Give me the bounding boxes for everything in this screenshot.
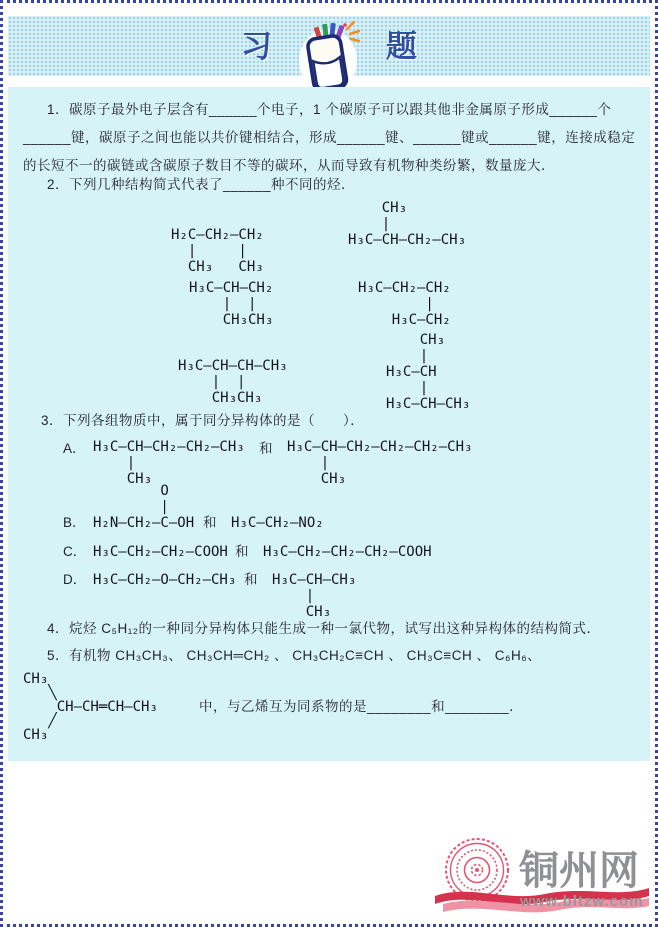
question-2: 2．下列几种结构简式代表了______种不同的烃．	[47, 175, 355, 195]
header-banner: 习	[8, 16, 650, 76]
structure-q2-1: H₂C—CH₂—CH₂ | | CH₃ CH₃	[171, 227, 264, 275]
option-c-and: 和	[235, 544, 249, 560]
structure-q2-5: H₃C—CH—CH—CH₃ | | CH₃CH₃	[178, 358, 288, 406]
worksheet-page: 习	[0, 0, 658, 927]
structure-q2-3: H₃C—CH—CH₂ | | CH₃CH₃	[189, 280, 273, 328]
option-c-structure-2: H₃C—CH₂—CH₂—CH₂—COOH	[263, 544, 432, 560]
question-5-tail: 中，与乙烯互为同系物的是________和________．	[199, 697, 523, 717]
pencil-case-icon	[298, 19, 360, 95]
question-1: 1．碳原子最外电子层含有______个电子，1 个碳原子可以跟其他非金属原子形成…	[23, 96, 641, 180]
option-a-and: 和	[259, 441, 273, 457]
watermark-url: www.bltzw.com	[519, 893, 644, 910]
question-3: 3．下列各组物质中，属于同分异构体的是（ ）．	[41, 411, 364, 431]
option-a-label: A．	[63, 441, 86, 457]
question-5-structure: CH₃ ╲ CH—CH═CH—CH₃ ╱ CH₃	[23, 672, 158, 742]
option-a-structure-1: H₃C—CH—CH₂—CH₂—CH₃ | CH₃	[93, 439, 245, 487]
structure-q2-4: H₃C—CH₂—CH₂ | H₃C—CH₂	[358, 280, 451, 328]
option-d-structure-2: H₃C—CH—CH₃ | CH₃	[272, 572, 356, 620]
banner-title: 习	[8, 16, 650, 76]
structure-q2-6: CH₃ | H₃C—CH | H₃C—CH—CH₃	[386, 332, 470, 412]
option-b-label: B．	[63, 515, 86, 531]
question-4: 4．烷烃 C₅H₁₂的一种同分异构体只能生成一种一氯代物，试写出这种异构体的结构…	[47, 619, 601, 639]
option-b-structure-2: H₃C—CH₂—NO₂	[231, 515, 324, 531]
watermark-site-name: 铜州网	[518, 849, 639, 893]
option-d-structure-1: H₃C—CH₂—O—CH₂—CH₃	[93, 572, 236, 588]
banner-title-left: 习	[241, 31, 272, 62]
option-b-and: 和	[203, 515, 217, 531]
option-c-label: C．	[63, 544, 86, 560]
option-d-and: 和	[244, 572, 258, 588]
banner-title-right: 题	[386, 31, 417, 62]
watermark-seal-icon	[446, 839, 508, 901]
structure-q2-2: CH₃ | H₃C—CH—CH₂—CH₃	[348, 200, 466, 248]
option-a-structure-2: H₃C—CH—CH₂—CH₂—CH₂—CH₃ | CH₃	[287, 439, 472, 487]
option-b-structure-1: O | H₂N—CH₂—C—OH	[93, 483, 194, 531]
option-d-label: D．	[63, 572, 86, 588]
option-c-structure-1: H₃C—CH₂—CH₂—COOH	[93, 544, 228, 560]
watermark: 铜州网 www.bltzw.com	[433, 832, 651, 920]
question-5-intro: 5．有机物 CH₃CH₃、 CH₃CH═CH₂ 、 CH₃CH₂C≡CH 、 C…	[47, 646, 541, 666]
